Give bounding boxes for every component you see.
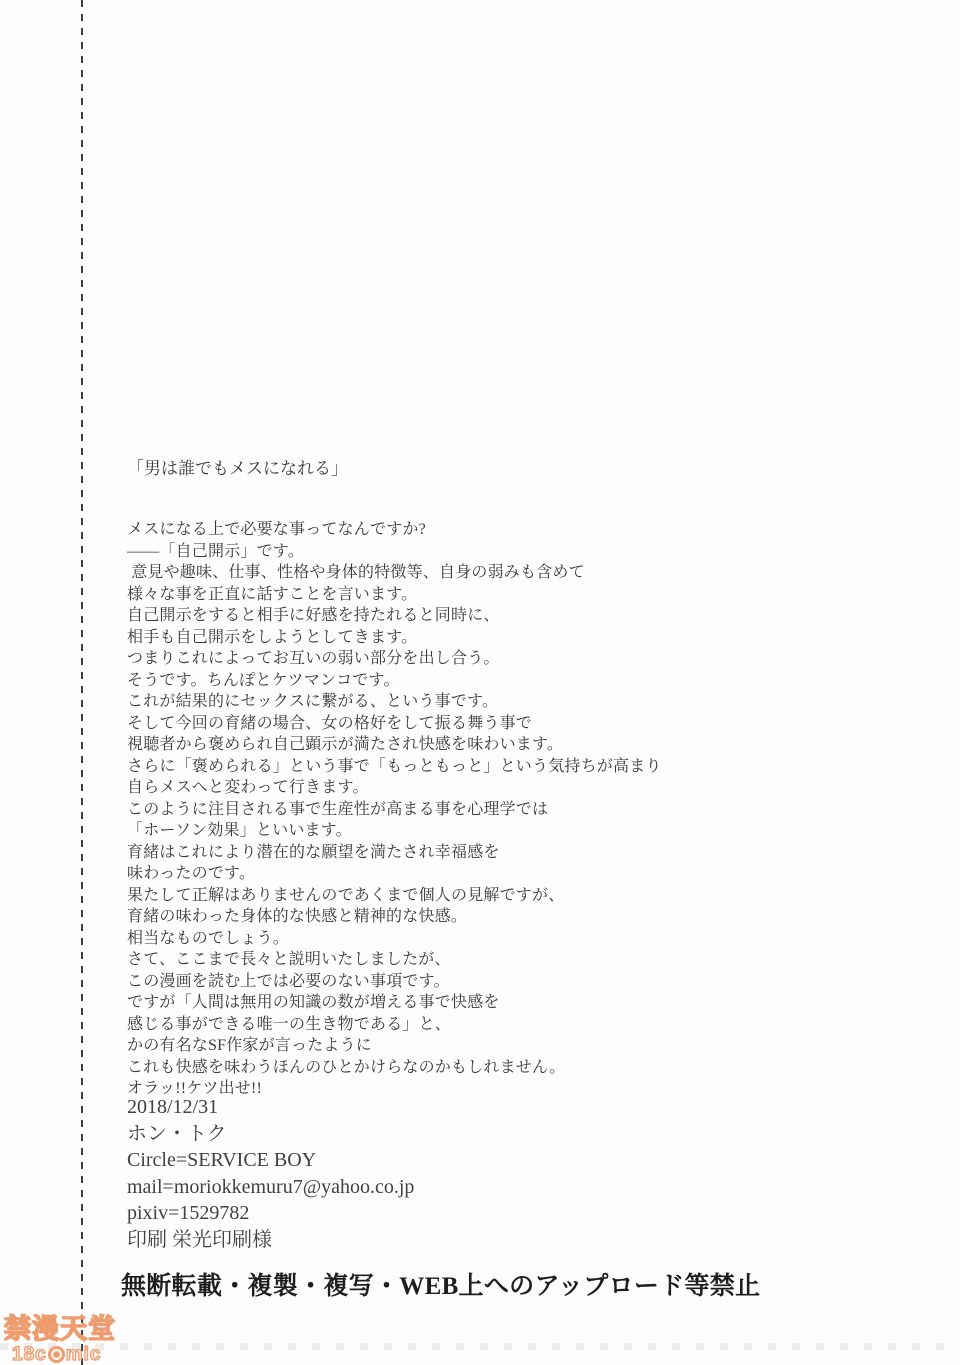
- credits-block: 2018/12/31ホン・トクCircle=SERVICE BOYmail=mo…: [127, 1094, 414, 1253]
- watermark-site-name: 18c mic: [12, 1345, 116, 1364]
- credit-line: 印刷 栄光印刷様: [127, 1227, 414, 1254]
- credit-line: mail=moriokkemuru7@yahoo.co.jp: [127, 1174, 414, 1201]
- body-text-line: これも快感を味わうほんのひとかけらなのかもしれません。: [127, 1057, 662, 1079]
- body-text-line: メスになる上で必要な事ってなんですか?: [127, 519, 662, 541]
- watermark-site-prefix: 18c: [12, 1345, 47, 1364]
- bottom-faint-dashed-line: [0, 1343, 960, 1350]
- body-text-line: 自己開示をすると相手に好感を持たれると同時に、: [127, 605, 662, 627]
- body-text-line: 意見や趣味、仕事、性格や身体的特徴等、自身の弱みも含めて: [127, 562, 662, 584]
- body-text-line: 自らメスへと変わって行きます。: [127, 777, 662, 799]
- body-text-line: 「ホーソン効果」といいます。: [127, 820, 662, 842]
- credit-line: ホン・トク: [127, 1121, 414, 1148]
- credit-line: pixiv=1529782: [127, 1200, 414, 1227]
- body-text-line: そして今回の育緒の場合、女の格好をして振る舞う事で: [127, 713, 662, 735]
- body-text-line: そうです。ちんぽとケツマンコです。: [127, 670, 662, 692]
- credit-line: Circle=SERVICE BOY: [127, 1147, 414, 1174]
- afterword-body-text: メスになる上で必要な事ってなんですか?――「自己開示」です。 意見や趣味、仕事、…: [127, 519, 662, 1100]
- watermark-site-suffix: mic: [66, 1345, 102, 1364]
- body-text-line: 果たして正解はありませんのであくまで個人の見解ですが、: [127, 885, 662, 907]
- body-text-line: 感じる事ができる唯一の生き物である」と、: [127, 1014, 662, 1036]
- credit-line: 2018/12/31: [127, 1094, 414, 1121]
- body-text-line: 相当なものでしょう。: [127, 928, 662, 950]
- body-text-line: ですが「人間は無用の知識の数が増える事で快感を: [127, 992, 662, 1014]
- body-text-line: 相手も自己開示をしようとしてきます。: [127, 627, 662, 649]
- copyright-notice: 無断転載・複製・複写・WEB上へのアップロード等禁止: [121, 1272, 760, 1302]
- site-watermark: 禁漫天堂 18c mic: [4, 1316, 116, 1364]
- body-text-line: 視聴者から褒められ自己顕示が満たされ快感を味わいます。: [127, 734, 662, 756]
- body-text-line: このように注目される事で生産性が高まる事を心理学では: [127, 799, 662, 821]
- body-text-line: かの有名なSF作家が言ったように: [127, 1035, 662, 1057]
- afterword-title: 「男は誰でもメスになれる」: [127, 458, 348, 480]
- watermark-chinese-text: 禁漫天堂: [4, 1316, 116, 1343]
- body-text-line: さらに「褒められる」という事で「もっともっと」という気持ちが高まり: [127, 756, 662, 778]
- body-text-line: さて、ここまで長々と説明いたしましたが、: [127, 949, 662, 971]
- left-dashed-fold-line: [81, 0, 83, 1365]
- body-text-line: ――「自己開示」です。: [127, 541, 662, 563]
- body-text-line: つまりこれによってお互いの弱い部分を出し合う。: [127, 648, 662, 670]
- body-text-line: 育緒はこれにより潜在的な願望を満たされ幸福感を: [127, 842, 662, 864]
- body-text-line: この漫画を読む上では必要のない事項です。: [127, 971, 662, 993]
- body-text-line: 育緒の味わった身体的な快感と精神的な快感。: [127, 906, 662, 928]
- scanned-afterword-page: 「男は誰でもメスになれる」 メスになる上で必要な事ってなんですか?――「自己開示…: [0, 0, 960, 1365]
- body-text-line: 様々な事を正直に話すことを言います。: [127, 584, 662, 606]
- circle-logo-icon: [48, 1346, 65, 1363]
- body-text-line: 味わったのです。: [127, 863, 662, 885]
- body-text-line: これが結果的にセックスに繋がる、という事です。: [127, 691, 662, 713]
